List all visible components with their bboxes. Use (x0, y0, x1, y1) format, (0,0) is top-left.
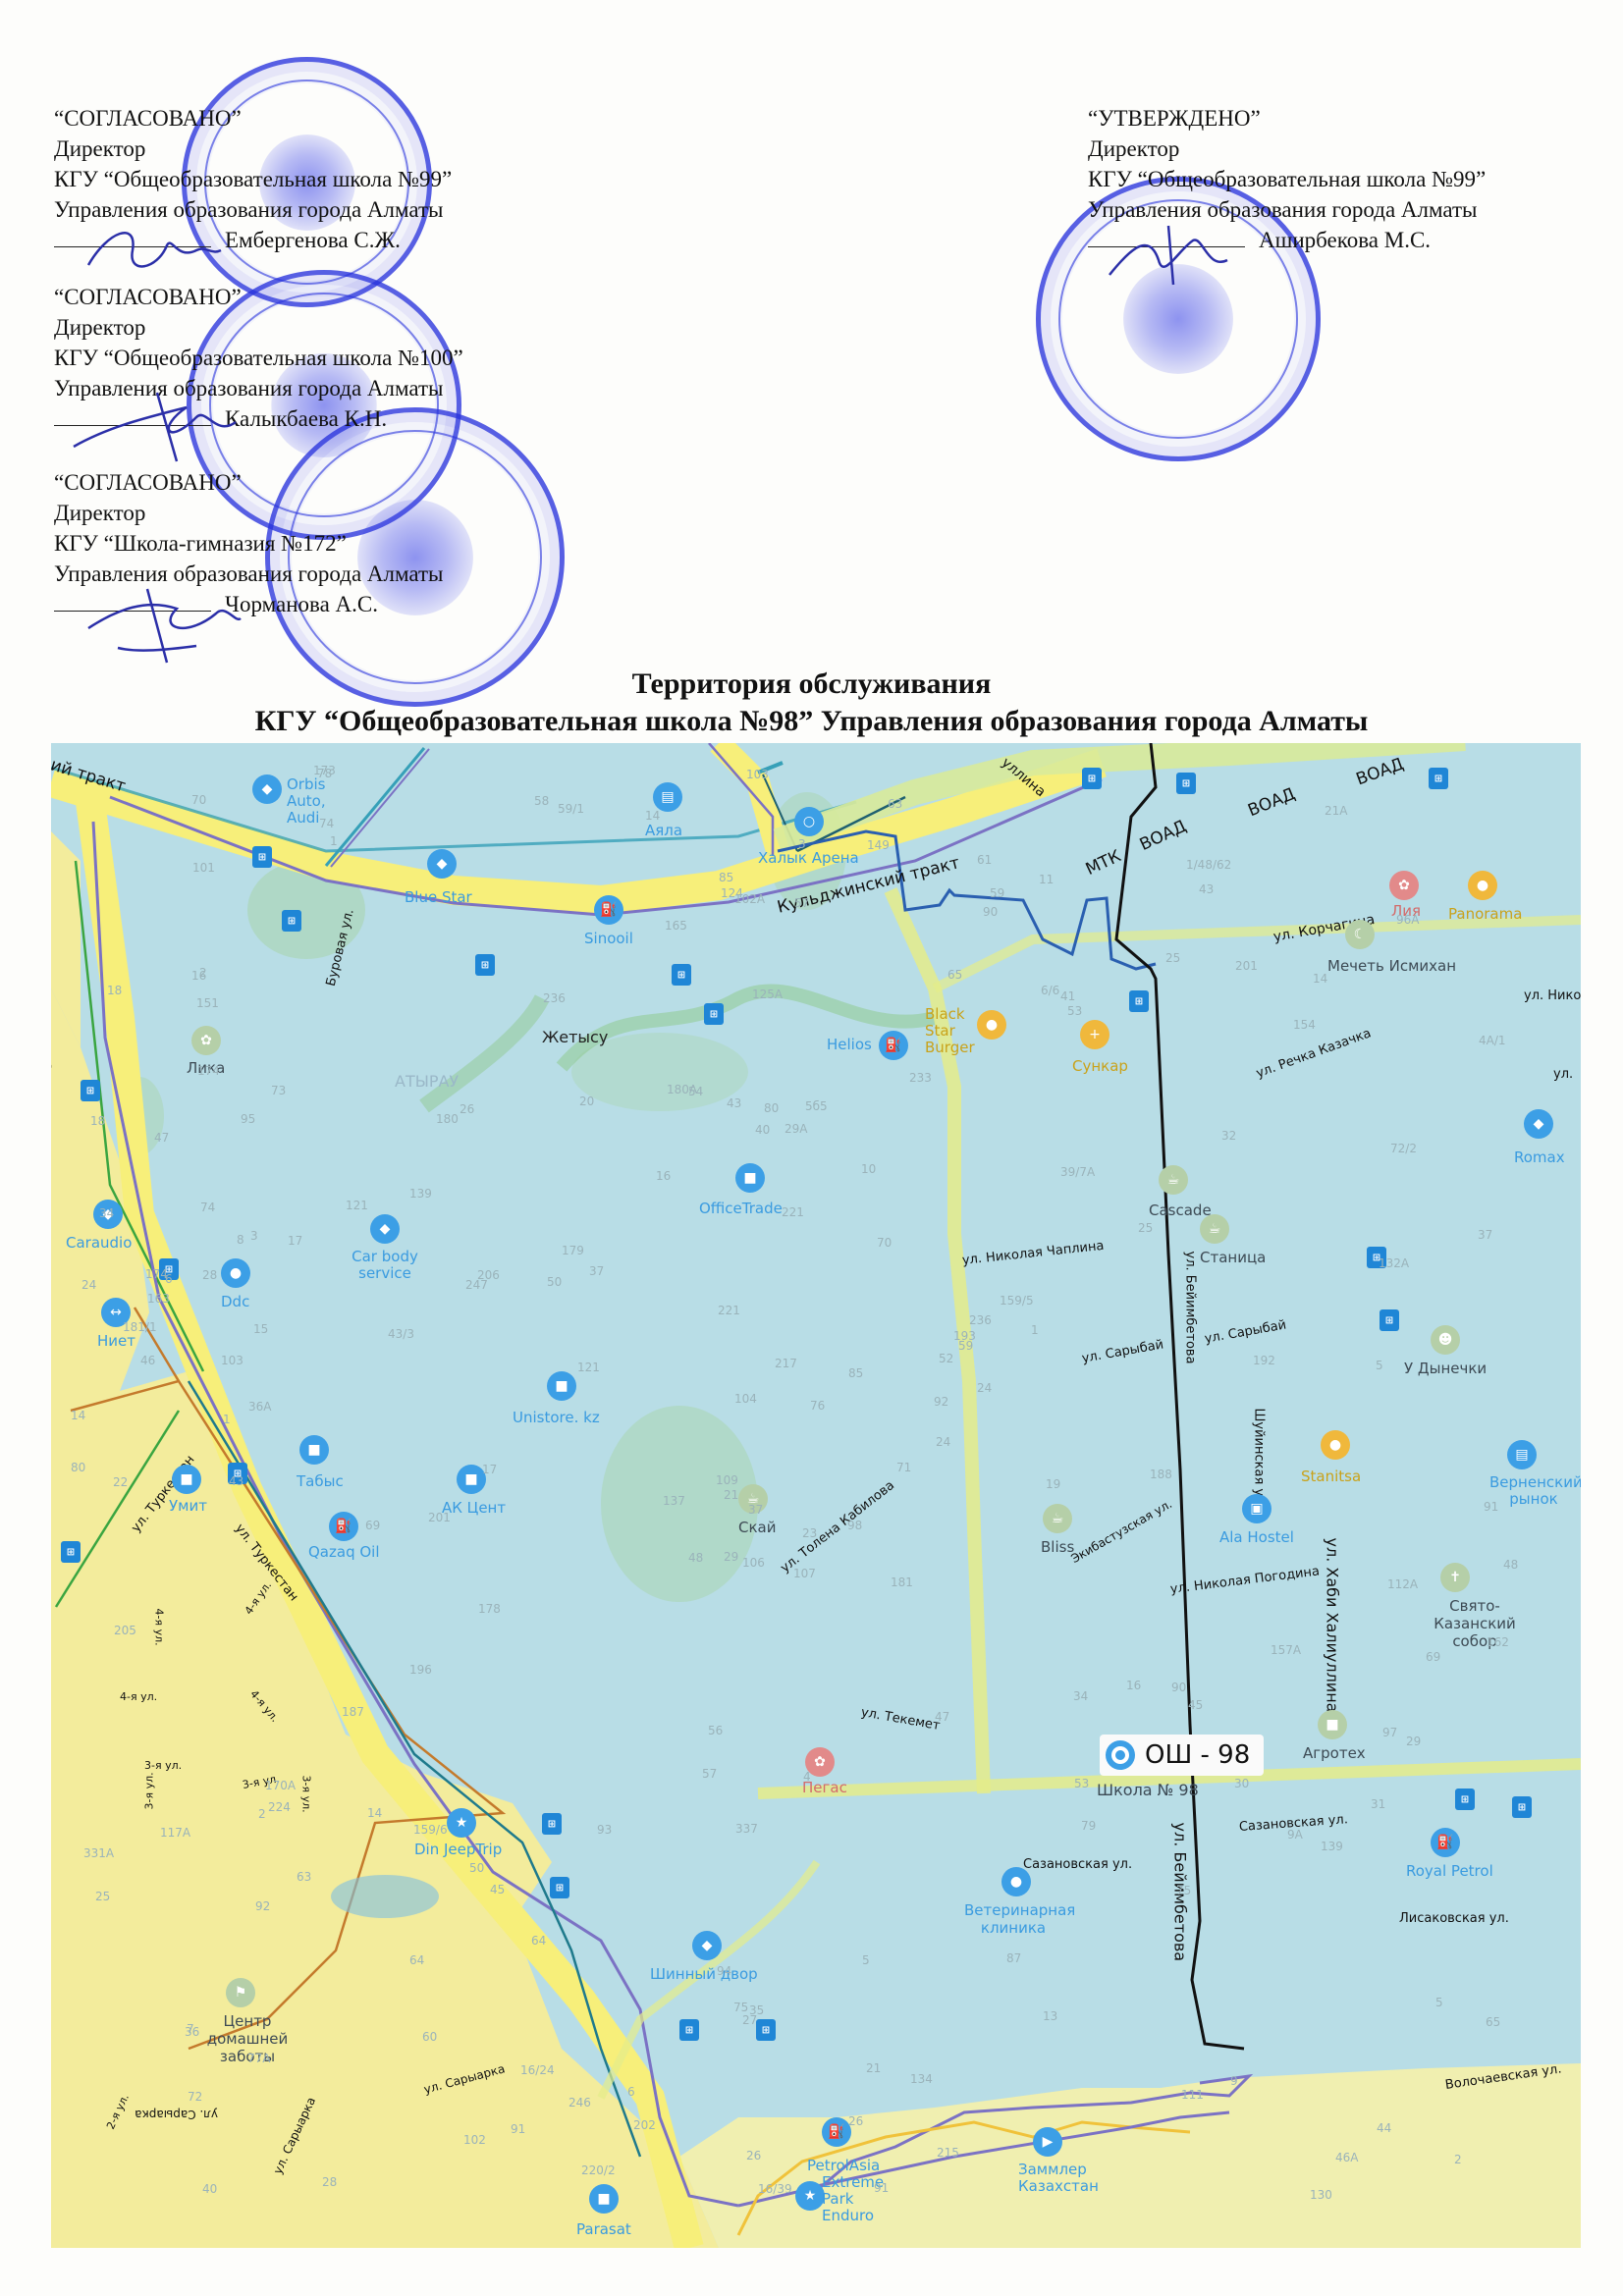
house-number: 29 (1406, 1735, 1421, 1748)
poi-label: Bliss (1041, 1538, 1074, 1556)
car-icon: ◆ (1524, 1109, 1553, 1139)
house-number: 74 (200, 1201, 215, 1214)
bus-stop-icon[interactable]: ⊞ (1429, 768, 1448, 789)
house-number: 10 (861, 1162, 876, 1176)
house-number: 337 (735, 1822, 758, 1836)
house-number: 92 (255, 1899, 270, 1913)
house-number: 201 (428, 1511, 451, 1524)
service-territory-map[interactable]: Жетысу АТЫРАУ Кульджинский тракт ий трак… (51, 743, 1581, 2248)
house-number: 125А (752, 988, 783, 1001)
house-number: 80 (71, 1461, 85, 1474)
cafe-icon: ☕ (1043, 1504, 1072, 1533)
house-number: 4 (803, 1770, 811, 1784)
poi-label: Ddc (221, 1293, 249, 1310)
house-number: 104 (734, 1392, 757, 1406)
house-number: 85 (719, 871, 733, 884)
poi-label: Ветеринарная клиника (964, 1901, 1062, 1937)
house-number: 26 (460, 1102, 474, 1116)
house-number: 17 (288, 1234, 302, 1248)
house-number: 28 (202, 1268, 217, 1282)
poi-label: Ala Hostel (1219, 1528, 1294, 1546)
house-number: 37 (748, 1503, 763, 1517)
house-number: 107 (793, 1567, 816, 1580)
house-number: 181/1 (123, 1320, 157, 1334)
house-number: 70 (191, 793, 206, 807)
house-number: 36А (248, 1400, 271, 1414)
house-number: 19 (1046, 1477, 1060, 1491)
house-number: 40 (202, 2182, 217, 2196)
poi-label: Stanitsa (1301, 1468, 1361, 1485)
house-number: 181 (891, 1575, 913, 1589)
house-number: 149 (867, 838, 890, 852)
house-number: 21А (1325, 804, 1347, 818)
bus-stop-icon[interactable]: ⊞ (679, 2019, 699, 2041)
poi-label: Parasat (576, 2220, 631, 2238)
approval-role: Директор (54, 312, 463, 343)
poi-label: Romax (1514, 1148, 1565, 1166)
fuel-icon: ⛽ (1431, 1828, 1460, 1857)
poi-label: OfficeTrade (699, 1200, 783, 1217)
house-number: 31 (1371, 1797, 1385, 1811)
page-subtitle: КГУ “Общеобразовательная школа №98” Упра… (0, 705, 1623, 738)
house-number: 16 (656, 1169, 671, 1183)
poi-label: Caraudio (66, 1234, 132, 1252)
house-number: 94 (717, 1964, 731, 1978)
street-label: ул. Николаи (1524, 988, 1581, 1003)
poi-label: Sinooil (584, 930, 633, 947)
house-number: 72 (188, 2090, 202, 2104)
house-number: 93 (597, 1823, 612, 1837)
house-number: 37 (1478, 1228, 1492, 1242)
house-number: 11 (1039, 873, 1054, 886)
bus-stop-icon[interactable]: ⊞ (704, 1003, 724, 1025)
district-label: АТЫРАУ (395, 1072, 459, 1091)
house-number: 130 (1310, 2188, 1332, 2202)
house-number: 14 (1313, 972, 1327, 986)
poi-label: Станица (1200, 1249, 1266, 1266)
house-number: 179 (562, 1244, 584, 1257)
street-label: Лисаковская ул. (1399, 1911, 1509, 1926)
poi-label: Helios (827, 1036, 872, 1053)
approval-org: КГУ “Общеобразовательная школа №100” (54, 343, 463, 373)
house-number: 2 (258, 1807, 266, 1821)
district-label: Жетысу (542, 1028, 608, 1046)
house-number: 69 (1426, 1650, 1440, 1664)
poi-label: Blue Star (405, 888, 472, 906)
mosque-icon: ☾ (1345, 920, 1375, 949)
poi-label: Car body service (351, 1249, 419, 1282)
house-number: 6/6 (1041, 984, 1059, 997)
house-number: 43 (229, 1474, 243, 1488)
house-number: 48 (1503, 1558, 1518, 1572)
house-number: 14 (645, 809, 660, 823)
house-number: 41 (1060, 989, 1075, 1003)
house-number: 206 (477, 1268, 500, 1282)
shop-icon: ■ (299, 1435, 329, 1465)
house-number: 205 (114, 1624, 136, 1637)
approval-name: Ембергенова С.Ж. (225, 228, 401, 252)
school-caption: Школа № 98 (1097, 1781, 1199, 1799)
house-number: 77А (247, 2052, 270, 2065)
house-number: 3 (250, 1229, 258, 1243)
poi-label: Royal Petrol (1406, 1862, 1493, 1880)
street-label: ул. (1553, 1067, 1573, 1082)
poi-label: У Дынечки (1404, 1360, 1487, 1377)
house-number: 96А (1396, 913, 1419, 927)
house-number: 65 (1486, 2015, 1500, 2029)
house-number: 331А (83, 1846, 114, 1860)
poi-label: PetrolAsia (807, 2157, 880, 2174)
street-label: 4-я ул. (153, 1609, 166, 1646)
house-number: 18 (90, 1114, 105, 1128)
house-number: 163 (147, 1292, 170, 1306)
house-number: 95 (241, 1112, 255, 1126)
signature-scribble (79, 221, 226, 280)
bus-stop-icon[interactable]: ⊞ (672, 964, 691, 986)
house-number: 180 (436, 1112, 459, 1126)
paw-icon: ● (1001, 1867, 1031, 1896)
house-number: 24 (81, 1278, 96, 1292)
poi-label: Свято-Казанский собор (1416, 1597, 1534, 1650)
house-number: 192 (1253, 1354, 1275, 1367)
house-number: 106 (742, 1556, 765, 1570)
house-number: 187 (342, 1705, 364, 1719)
beauty-icon: ✿ (191, 1026, 221, 1055)
street-label: 3-я ул. (300, 1776, 313, 1813)
house-number: 36 (185, 2025, 199, 2039)
cafe-icon: ☕ (1200, 1214, 1229, 1244)
house-number: 14 (71, 1409, 85, 1422)
house-number: 196 (409, 1663, 432, 1677)
house-number: 103 (746, 768, 769, 781)
poi-label: Din JeepTrip (414, 1841, 502, 1858)
house-number: 91 (511, 2122, 525, 2136)
house-number: 193 (953, 1329, 976, 1343)
bus-stop-icon[interactable]: ⊞ (282, 910, 301, 932)
poi-label: Табыс (297, 1472, 344, 1490)
flag-icon: ⚑ (226, 1978, 255, 2007)
house-number: 40 (755, 1123, 770, 1137)
basket-icon: ▤ (1507, 1440, 1537, 1469)
house-number: 76 (810, 1399, 825, 1413)
house-number: 174 (145, 1267, 168, 1281)
house-number: 5б5 (805, 1099, 828, 1113)
street-label: 3-я ул. (143, 1772, 156, 1809)
approval-org: КГУ “Общеобразовательная школа №99” (54, 164, 452, 194)
house-number: 57 (794, 896, 809, 910)
approval-header: “УТВЕРЖДЕНО” (1088, 103, 1486, 133)
house-number: 109 (716, 1473, 738, 1487)
house-number: 16/39 (758, 2182, 792, 2196)
house-number: 132А (1379, 1256, 1409, 1270)
house-number: 53 (1074, 1777, 1089, 1790)
house-number: 170А (265, 1779, 296, 1792)
house-number: 25 (1138, 1221, 1153, 1235)
street-label: 3-я ул. (144, 1759, 182, 1772)
poi-label: Unistore. kz (513, 1409, 600, 1426)
bus-stop-icon[interactable]: ⊞ (542, 1813, 562, 1835)
house-number: 14 (367, 1806, 382, 1820)
house-number: 2 (1454, 2153, 1462, 2166)
house-number: 29А (784, 1122, 807, 1136)
house-number: 56 (708, 1724, 723, 1737)
approval-header: “СОГЛАСОВАНО” (54, 103, 452, 133)
house-number: 121 (346, 1199, 368, 1212)
house-number: 202 (633, 2118, 656, 2132)
poi-label: Сункар (1072, 1057, 1128, 1075)
shop-icon: ■ (172, 1465, 201, 1494)
house-number: 30 (1234, 1777, 1249, 1790)
house-number: 5 (1435, 1996, 1443, 2009)
house-number: 159/5 (1000, 1294, 1034, 1308)
house-number: 217 (775, 1357, 797, 1370)
house-number: 78 (317, 767, 332, 780)
fuel-icon: ⛽ (879, 1031, 908, 1060)
shop-icon: ■ (735, 1163, 765, 1193)
house-number: 9 (1230, 2074, 1238, 2088)
house-number: 224 (268, 1800, 291, 1814)
poi-label: Заммлер Казахстан (1018, 2162, 1097, 2195)
house-number: 52 (939, 1352, 953, 1365)
poi-label: Верненский рынок (1489, 1474, 1578, 1508)
house-number: 220/2 (581, 2163, 616, 2177)
house-number: 159/6 (413, 1823, 448, 1837)
house-number: 221 (782, 1205, 804, 1219)
house-number: 236 (543, 991, 566, 1005)
bus-stop-icon[interactable]: ⊞ (756, 2019, 776, 2041)
restaurant-icon: ● (1468, 871, 1497, 900)
house-number: 201 (1235, 959, 1258, 973)
house-number: 26 (746, 2149, 761, 2163)
car-icon: ◆ (370, 1214, 400, 1244)
house-number: 24 (936, 1435, 950, 1449)
house-number: 43 (727, 1096, 741, 1110)
house-number: 59/1 (558, 802, 584, 816)
house-number: 121 (577, 1361, 600, 1374)
house-number: 75 (733, 2001, 748, 2014)
fuel-icon: ⛽ (594, 895, 623, 925)
house-number: 44 (1377, 2121, 1391, 2135)
house-number: 45 (490, 1883, 505, 1896)
house-number: 103 (221, 1354, 243, 1367)
fuel-icon: ⛽ (329, 1512, 358, 1541)
shop-icon: ■ (547, 1371, 576, 1401)
house-number: 70 (877, 1236, 892, 1250)
bus-stop-icon[interactable]: ⊞ (1082, 768, 1102, 789)
bed-icon: ▣ (1242, 1494, 1271, 1523)
bus-stop-icon[interactable]: ⊞ (1176, 773, 1196, 794)
house-number: 47 (935, 1710, 949, 1724)
house-number: 61 (977, 853, 992, 867)
stadium-icon: ○ (794, 807, 824, 836)
house-number: 137 (663, 1494, 685, 1508)
street-label: ул. Бейимбетова (1183, 1252, 1198, 1364)
street-label: ул. Хаби Халиуллина (1324, 1538, 1342, 1713)
house-number: 43 (1199, 882, 1214, 896)
house-number: 64 (531, 1934, 546, 1948)
house-number: 47 (154, 1131, 169, 1145)
approval-org: КГУ “Общеобразовательная школа №99” (1088, 164, 1486, 194)
page-title: Территория обслуживания (0, 667, 1623, 701)
house-number: 63 (297, 1870, 311, 1884)
house-number: 154 (1293, 1018, 1316, 1032)
house-number: 174 (197, 1064, 220, 1078)
poi-label: Скай (738, 1519, 776, 1536)
house-number: 63 (888, 797, 902, 811)
house-number: 1/48/62 (1186, 858, 1231, 872)
house-number: 71 (896, 1461, 911, 1474)
house-number: 73 (271, 1084, 286, 1097)
house-number: 59 (990, 886, 1004, 900)
house-number: 102 (463, 2133, 486, 2147)
house-number: 29 (724, 1550, 738, 1564)
trophy-icon: ★ (795, 2181, 825, 2211)
bus-stop-icon[interactable]: ⊞ (1380, 1309, 1399, 1331)
house-number: 69 (365, 1519, 380, 1532)
house-number: 22 (113, 1475, 128, 1489)
house-number: 124 (721, 886, 743, 900)
house-number: 97 (1382, 1726, 1397, 1739)
house-number: 236 (969, 1313, 992, 1327)
street-label: Сазановская ул. (1023, 1857, 1132, 1872)
poi-label: Агротех (1303, 1744, 1366, 1762)
house-number: 26 (848, 2114, 863, 2128)
house-number: 8 (237, 1233, 244, 1247)
truck-icon: ▶ (1033, 2127, 1062, 2157)
house-number: 5 (862, 1953, 870, 1967)
signature-scribble (79, 579, 245, 667)
house-number: 34 (99, 1206, 114, 1220)
approval-role: Директор (54, 133, 452, 164)
house-number: 4А/1 (1479, 1034, 1506, 1047)
house-number: 15 (253, 1322, 268, 1336)
house-number: 37 (589, 1264, 604, 1278)
fuel-icon: ⛽ (822, 2117, 851, 2147)
house-number: 24 (977, 1381, 992, 1395)
house-number: 9А (1287, 1828, 1303, 1842)
bus-stop-icon[interactable]: ⊞ (1455, 1789, 1475, 1810)
house-number: 90 (1171, 1681, 1186, 1694)
poi-label: АК Цент (442, 1499, 506, 1517)
house-number: 87 (1006, 1951, 1021, 1965)
house-number: 1 (1031, 1323, 1039, 1337)
beauty-icon: ✿ (1389, 871, 1419, 900)
car-icon: ◆ (692, 1931, 722, 1960)
house-number: 178 (478, 1602, 501, 1616)
house-number: 54 (688, 1085, 703, 1098)
shop-icon: ■ (1318, 1710, 1347, 1739)
church-icon: ✝ (1440, 1563, 1470, 1592)
house-number: 111 (1181, 2088, 1204, 2102)
house-number: 57 (702, 1767, 717, 1781)
basket-icon: ▤ (653, 782, 682, 812)
house-number: 112А (1387, 1577, 1418, 1591)
house-number: 151 (196, 996, 219, 1010)
house-number: 53 (1067, 1004, 1082, 1018)
medical-icon: + (1080, 1020, 1109, 1049)
house-number: 139 (1321, 1840, 1343, 1853)
signature-scribble (1100, 221, 1237, 290)
car-icon: ◆ (252, 774, 282, 804)
house-number: 91 (1484, 1500, 1498, 1514)
approval-role: Директор (1088, 133, 1486, 164)
palm-icon: ★ (447, 1808, 476, 1838)
poi-label: Мечеть Исмихан (1327, 957, 1456, 975)
house-number: 3 (798, 837, 806, 851)
house-number: 90 (983, 905, 998, 919)
shop-icon: ■ (589, 2184, 619, 2214)
house-number: 233 (909, 1071, 932, 1085)
bus-stop-icon[interactable]: ⊞ (81, 1080, 100, 1101)
house-number: 188 (1150, 1468, 1172, 1481)
cafe-icon: ☕ (1159, 1165, 1188, 1195)
house-number: 50 (547, 1275, 562, 1289)
house-number: 18 (107, 984, 122, 997)
house-number: 16 (191, 969, 206, 983)
house-number: 246 (568, 2096, 591, 2109)
poi-label: Cascade (1149, 1201, 1212, 1219)
poi-label: Panorama (1448, 905, 1522, 923)
house-number: 48 (688, 1551, 703, 1565)
street-label: 4-я ул. (120, 1690, 157, 1703)
poi-label: Халык Арена (758, 849, 859, 867)
house-number: 43/3 (388, 1327, 414, 1341)
house-number: 134 (910, 2072, 933, 2086)
circle-icon: ● (221, 1258, 250, 1288)
house-number: 20 (579, 1095, 594, 1108)
poi-label: Qazaq Oil (308, 1543, 380, 1561)
house-number: 91 (874, 2181, 889, 2195)
house-number: 139 (409, 1187, 432, 1201)
house-number: 74 (319, 817, 334, 830)
poi-label: Аяла (645, 822, 682, 839)
school-target-icon (1106, 1740, 1135, 1770)
approval-name: Калыкбаева К.Н. (225, 406, 387, 431)
house-number: 45 (1188, 1698, 1203, 1712)
house-number: 25 (95, 1890, 110, 1903)
house-number: 1 (223, 1413, 231, 1426)
house-number: 80 (764, 1101, 779, 1115)
poi-label: Умит (169, 1497, 207, 1515)
house-number: 16 (1126, 1679, 1141, 1692)
house-number: 46 (140, 1354, 155, 1367)
house-number: 117А (160, 1826, 190, 1840)
house-number: 17 (482, 1463, 497, 1476)
car-icon: ◆ (427, 849, 457, 879)
poi-label: Шинный двор (650, 1965, 758, 1983)
house-number: 21 (724, 1488, 738, 1502)
approval-name: Чорманова А.С. (225, 592, 378, 616)
house-number: 39/7А (1060, 1165, 1095, 1179)
bus-stop-icon[interactable]: ⊞ (475, 954, 495, 976)
bus-stop-icon[interactable]: ⊞ (1129, 990, 1149, 1012)
bus-stop-icon[interactable]: ⊞ (61, 1541, 81, 1563)
house-number: 72/2 (1390, 1142, 1417, 1155)
poi-label: Black Star Burger (925, 1006, 984, 1056)
house-number: 35 (749, 2003, 764, 2017)
bus-stop-icon[interactable]: ⊞ (550, 1877, 569, 1898)
house-number: 85 (848, 1366, 863, 1380)
house-number: 46А (1335, 2151, 1358, 2164)
bus-stop-icon[interactable]: ⊞ (1512, 1796, 1532, 1818)
approval-header: “СОГЛАСОВАНО” (54, 282, 463, 312)
house-number: 6 (627, 2085, 635, 2099)
bus-stop-icon[interactable]: ⊞ (252, 846, 272, 868)
house-number: 13 (1043, 2009, 1057, 2023)
house-number: 65 (947, 968, 962, 982)
school-marker[interactable]: ОШ - 98 (1100, 1735, 1264, 1776)
house-number: 162 (1487, 1635, 1509, 1649)
